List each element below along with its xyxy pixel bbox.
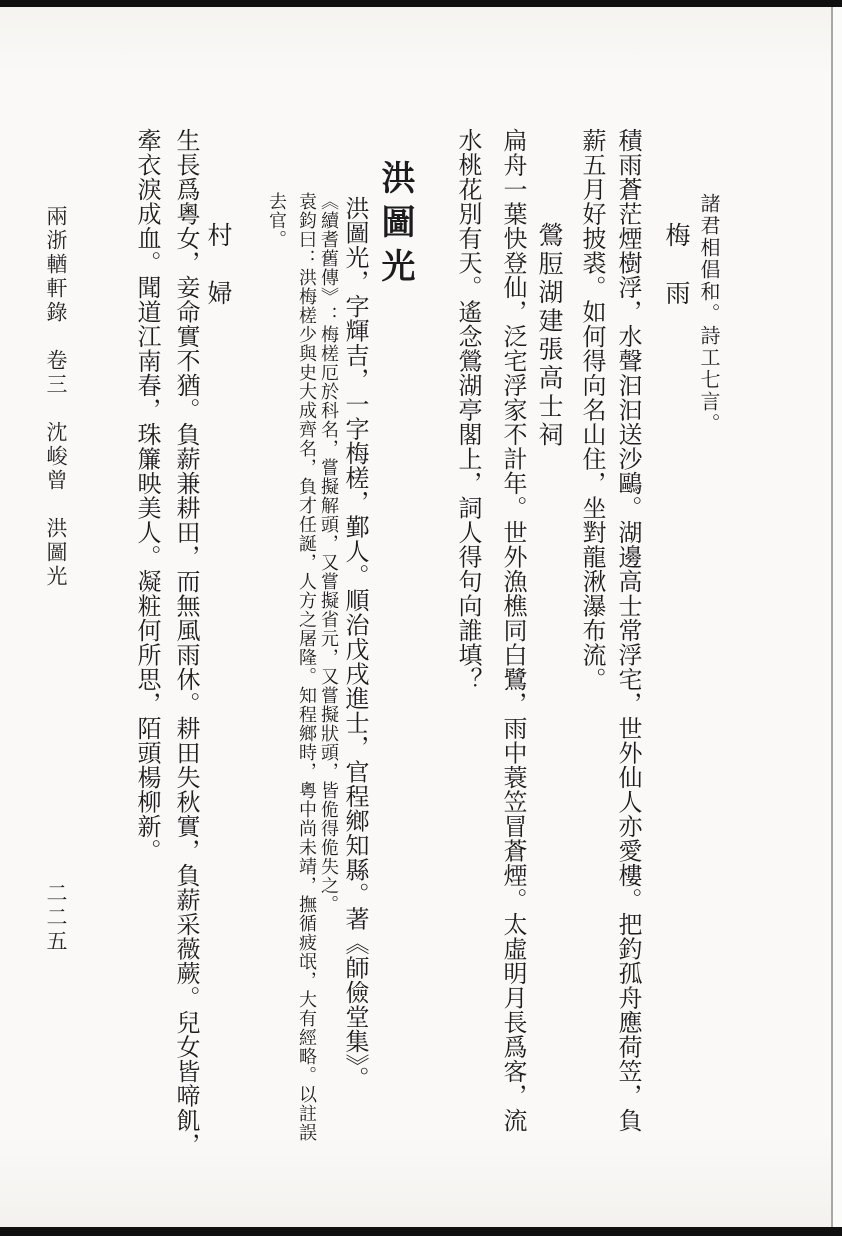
author-heading: 洪圖光 <box>378 160 412 292</box>
running-title: 兩浙輶軒錄 卷三 沈峻曾 洪圖光 <box>45 205 66 589</box>
biography-note-2: 袁鈞曰：洪梅槎少與史大成齊名，負才任誕，人方之屠隆。知程鄉時，粵中尚未靖，撫循疲… <box>297 192 315 1142</box>
scanned-book-page: 諸君相倡和。詩工七言。 梅 雨 積雨蒼茫煙樹浮，水聲汩汩送沙鷗。湖邊高士常浮宅，… <box>0 0 842 1236</box>
poem2-column-1: 扁舟一葉快登仙，泛宅浮家不計年。世外漁樵同白鷺，雨中蓑笠冒蒼煙。太虛明月長爲客，… <box>501 128 525 1133</box>
poem3-title: 村 婦 <box>206 222 231 309</box>
poem1-title: 梅 雨 <box>664 222 689 309</box>
scan-top-bar <box>0 0 842 7</box>
poem3-column-1: 生長爲粵女，妾命實不猶。負薪兼耕田，而無風雨休。耕田失秋實，負薪采薇蕨。兒女皆啼… <box>174 128 198 1157</box>
scan-right-margin <box>833 7 842 1227</box>
biography-note-3: 去官。 <box>267 192 285 249</box>
biography-note-1: 《續耆舊傳》：梅槎厄於科名，嘗擬解頭，又嘗擬省元，又嘗擬狀頭，皆佹得佹失之。 <box>319 192 337 914</box>
scan-bottom-bar <box>0 1227 842 1236</box>
poem2-column-2: 水桃花別有天。遙念鶯湖亭閣上，詞人得句向誰填？ <box>456 128 480 692</box>
poem2-title: 鶯脰湖建張高士祠 <box>537 222 562 450</box>
poem3-column-2: 牽衣淚成血。聞道江南春，珠簾映美人。凝粧何所思，陌頭楊柳新。 <box>135 128 159 863</box>
page-number: 二二五 <box>45 882 66 954</box>
author-biography: 洪圖光，字輝吉，一字梅槎，鄞人。順治戊戌進士，官程鄉知縣。著《師儉堂集》。 <box>343 196 367 1091</box>
poem1-column-2: 薪五月好披裘。如何得向名山住，坐對龍湫瀑布流。 <box>580 128 604 692</box>
poem1-column-1: 積雨蒼茫煙樹浮，水聲汩汩送沙鷗。湖邊高士常浮宅，世外仙人亦愛樓。把釣孤舟應荷笠，… <box>616 128 640 1133</box>
page-edge-line <box>831 7 833 1227</box>
previous-entry-tail-text: 諸君相倡和。詩工七言。 <box>699 193 719 435</box>
